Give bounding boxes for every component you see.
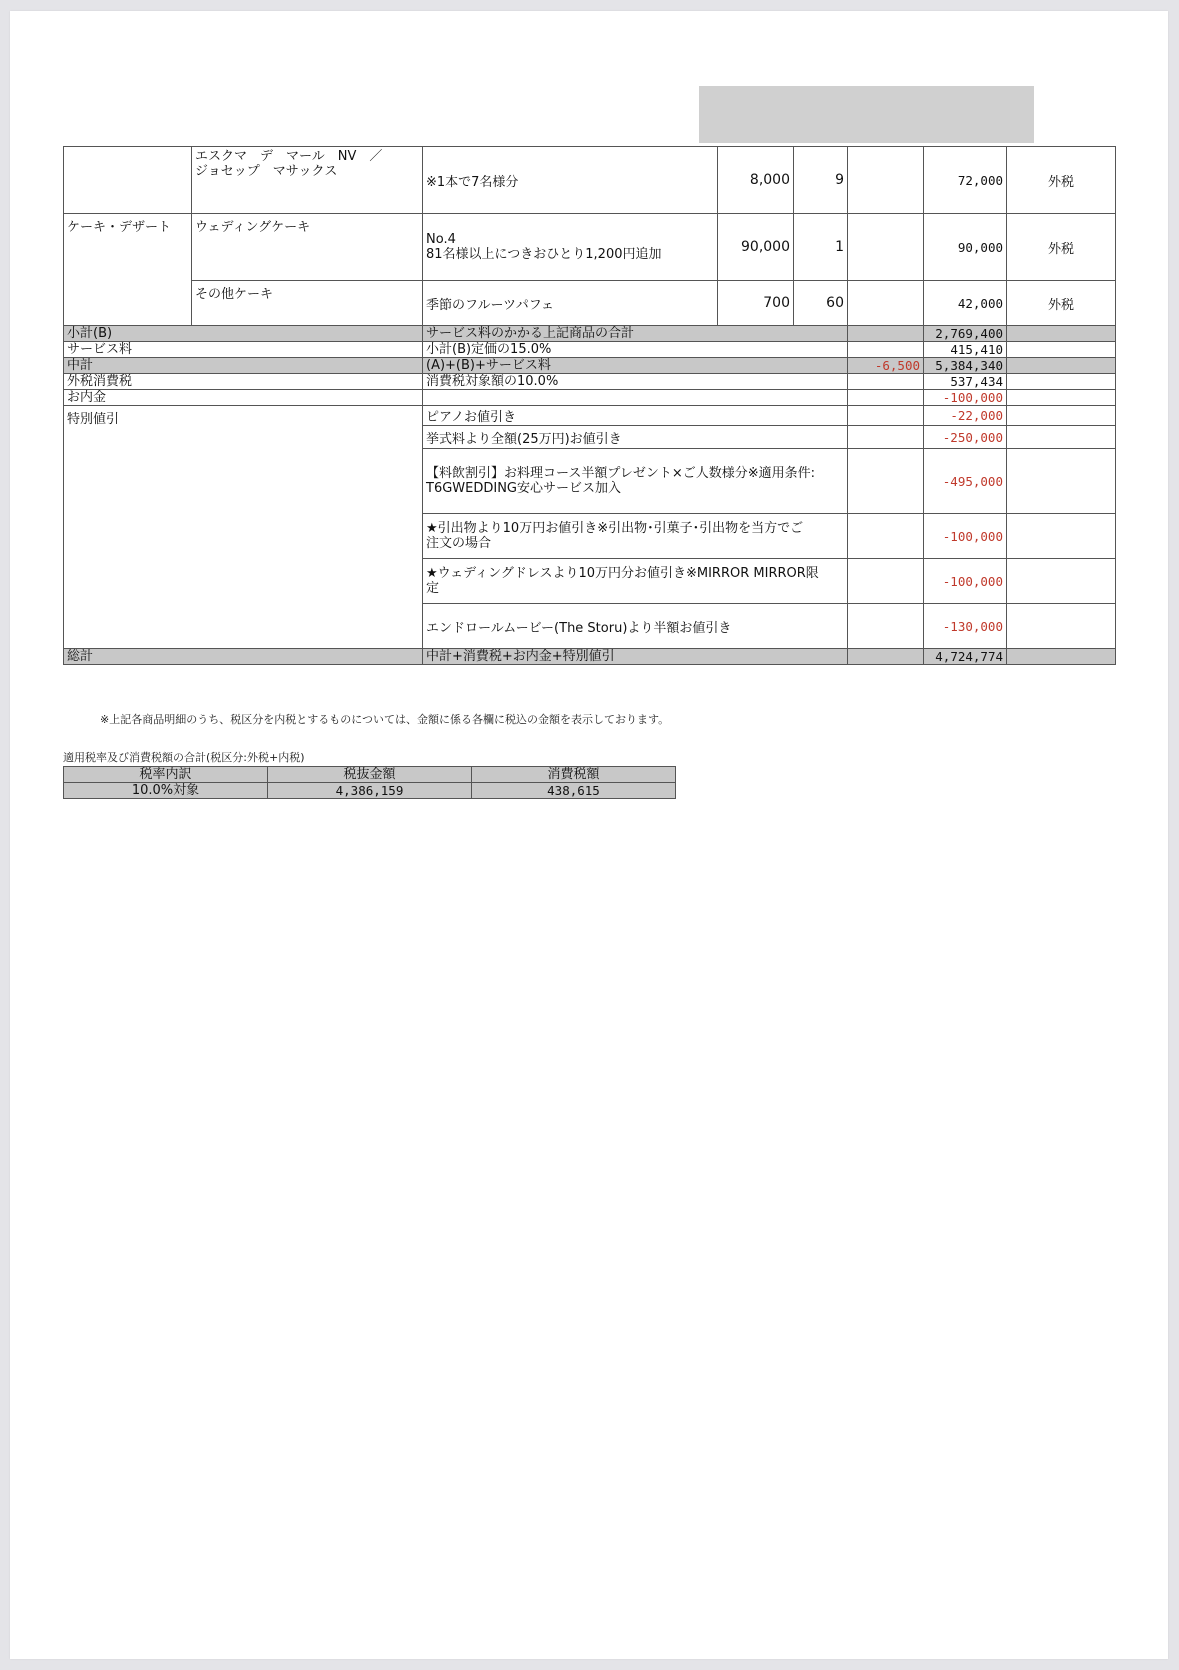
discount-amount: -100,000: [924, 559, 1007, 604]
empty-cell: [1007, 374, 1116, 390]
empty-cell: [1007, 449, 1116, 514]
empty-cell: [1007, 406, 1116, 426]
discount-desc-line1: ★引出物より10万円お値引き※引出物･引菓子･引出物を当方でご: [426, 521, 803, 536]
item-name-line1: エスクマ デ マール NV ／: [195, 149, 382, 164]
discount-desc-line2: 注文の場合: [426, 536, 491, 551]
empty-cell: [1007, 426, 1116, 449]
tax-summary-table: 税率内訳 税抜金額 消費税額 10.0%対象 4,386,159 438,615: [63, 766, 676, 799]
empty-cell: [1007, 326, 1116, 342]
table-row: その他ケーキ 季節のフルーツパフェ 700 60 42,000 外税: [64, 281, 1116, 326]
row-discount: [848, 374, 924, 390]
discount-amount: -22,000: [924, 406, 1007, 426]
discount-desc-line1: 【料飲割引】お料理コース半額プレゼント×ご人数様分※適用条件:: [426, 466, 815, 481]
row-discount: [848, 342, 924, 358]
row-discount: [848, 326, 924, 342]
row-label: 中計: [64, 358, 423, 374]
subtotal-b-row: 小計(B) サービス料のかかる上記商品の合計 2,769,400: [64, 326, 1116, 342]
quantity: 60: [794, 281, 848, 326]
row-label: 特別値引: [64, 406, 423, 649]
row-discount: -6,500: [848, 358, 924, 374]
consumption-tax-row: 外税消費税 消費税対象額の10.0% 537,434: [64, 374, 1116, 390]
discount-amount: -495,000: [924, 449, 1007, 514]
discount-desc: 挙式料より全額(25万円)お値引き: [423, 426, 848, 449]
amount: 90,000: [924, 214, 1007, 281]
row-label: 小計(B): [64, 326, 423, 342]
empty-cell: [1007, 390, 1116, 406]
empty-cell: [1007, 514, 1116, 559]
discount-desc-line2: 定: [426, 581, 439, 596]
tax-header-cell: 消費税額: [472, 767, 676, 783]
empty-cell: [848, 604, 924, 649]
tax-header-cell: 税抜金額: [268, 767, 472, 783]
discount: [848, 281, 924, 326]
midtotal-row: 中計 (A)+(B)+サービス料 -6,500 5,384,340: [64, 358, 1116, 374]
document-page: エスクマ デ マール NV ／ジョセップ マサックス ※1本で7名様分 8,00…: [10, 11, 1168, 1659]
item-note: 季節のフルーツパフェ: [423, 281, 718, 326]
discount-amount: -100,000: [924, 514, 1007, 559]
amount: 72,000: [924, 147, 1007, 214]
row-amount: -100,000: [924, 390, 1007, 406]
discount-desc: エンドロールムービー(The Storu)より半額お値引き: [423, 604, 848, 649]
deposit-row: お内金 -100,000: [64, 390, 1116, 406]
discount: [848, 214, 924, 281]
row-discount: [848, 390, 924, 406]
tax-excluded-amount-cell: 4,386,159: [268, 783, 472, 799]
table-row: エスクマ デ マール NV ／ジョセップ マサックス ※1本で7名様分 8,00…: [64, 147, 1116, 214]
item-note-line2: 81名様以上につきおひとり1,200円追加: [426, 247, 662, 262]
empty-cell: [848, 514, 924, 559]
grand-total-row: 総計 中計+消費税+お内金+特別値引 4,724,774: [64, 649, 1116, 665]
row-label: お内金: [64, 390, 423, 406]
tax-type: 外税: [1007, 147, 1116, 214]
empty-cell: [848, 426, 924, 449]
item-name-line2: ジョセップ マサックス: [195, 164, 337, 179]
empty-cell: [848, 406, 924, 426]
discount: [848, 147, 924, 214]
tax-type: 外税: [1007, 214, 1116, 281]
discount-amount: -130,000: [924, 604, 1007, 649]
table-row: ケーキ・デザート ウェディングケーキ No.481名様以上につきおひとり1,20…: [64, 214, 1116, 281]
category-cell: [64, 147, 192, 214]
tax-summary-title: 適用税率及び消費税額の合計(税区分:外税+内税): [63, 749, 305, 765]
row-label: 総計: [64, 649, 423, 665]
tax-type: 外税: [1007, 281, 1116, 326]
row-amount: 5,384,340: [924, 358, 1007, 374]
tax-rate-cell: 10.0%対象: [64, 783, 268, 799]
row-discount: [848, 649, 924, 665]
empty-cell: [1007, 604, 1116, 649]
unit-price: 700: [718, 281, 794, 326]
tax-footnote: ※上記各商品明細のうち、税区分を内税とするものについては、金額に係る各欄に税込の…: [100, 711, 669, 727]
empty-cell: [1007, 559, 1116, 604]
row-amount: 537,434: [924, 374, 1007, 390]
discount-desc: ピアノお値引き: [423, 406, 848, 426]
item-note: No.481名様以上につきおひとり1,200円追加: [423, 214, 718, 281]
discount-desc-line2: T6GWEDDING安心サービス加入: [426, 481, 621, 496]
service-fee-row: サービス料 小計(B)定価の15.0% 415,410: [64, 342, 1116, 358]
row-label: 外税消費税: [64, 374, 423, 390]
row-amount: 415,410: [924, 342, 1007, 358]
quantity: 9: [794, 147, 848, 214]
row-amount: 2,769,400: [924, 326, 1007, 342]
unit-price: 8,000: [718, 147, 794, 214]
item-name: エスクマ デ マール NV ／ジョセップ マサックス: [192, 147, 423, 214]
amount: 42,000: [924, 281, 1007, 326]
special-discount-row: 特別値引 ピアノお値引き -22,000: [64, 406, 1116, 426]
row-label: サービス料: [64, 342, 423, 358]
category-cell: ケーキ・デザート: [64, 214, 192, 281]
category-cell: [64, 281, 192, 326]
item-name: ウェディングケーキ: [192, 214, 423, 281]
empty-cell: [848, 449, 924, 514]
tax-amount-cell: 438,615: [472, 783, 676, 799]
empty-cell: [1007, 358, 1116, 374]
redacted-block: [699, 86, 1034, 143]
discount-desc: ★ウェディングドレスより10万円分お値引き※MIRROR MIRROR限定: [423, 559, 848, 604]
item-note: ※1本で7名様分: [423, 147, 718, 214]
discount-desc: 【料飲割引】お料理コース半額プレゼント×ご人数様分※適用条件:T6GWEDDIN…: [423, 449, 848, 514]
tax-header-cell: 税率内訳: [64, 767, 268, 783]
row-desc: [423, 390, 848, 406]
tax-data-row: 10.0%対象 4,386,159 438,615: [64, 783, 676, 799]
item-name: その他ケーキ: [192, 281, 423, 326]
row-amount: 4,724,774: [924, 649, 1007, 665]
empty-cell: [1007, 649, 1116, 665]
quantity: 1: [794, 214, 848, 281]
estimate-table: エスクマ デ マール NV ／ジョセップ マサックス ※1本で7名様分 8,00…: [63, 146, 1116, 665]
row-desc: 中計+消費税+お内金+特別値引: [423, 649, 848, 665]
discount-amount: -250,000: [924, 426, 1007, 449]
row-desc: (A)+(B)+サービス料: [423, 358, 848, 374]
row-desc: サービス料のかかる上記商品の合計: [423, 326, 848, 342]
item-note-line1: No.4: [426, 232, 456, 247]
empty-cell: [1007, 342, 1116, 358]
row-desc: 小計(B)定価の15.0%: [423, 342, 848, 358]
empty-cell: [848, 559, 924, 604]
discount-desc: ★引出物より10万円お値引き※引出物･引菓子･引出物を当方でご注文の場合: [423, 514, 848, 559]
tax-header-row: 税率内訳 税抜金額 消費税額: [64, 767, 676, 783]
row-desc: 消費税対象額の10.0%: [423, 374, 848, 390]
discount-desc-line1: ★ウェディングドレスより10万円分お値引き※MIRROR MIRROR限: [426, 566, 819, 581]
unit-price: 90,000: [718, 214, 794, 281]
